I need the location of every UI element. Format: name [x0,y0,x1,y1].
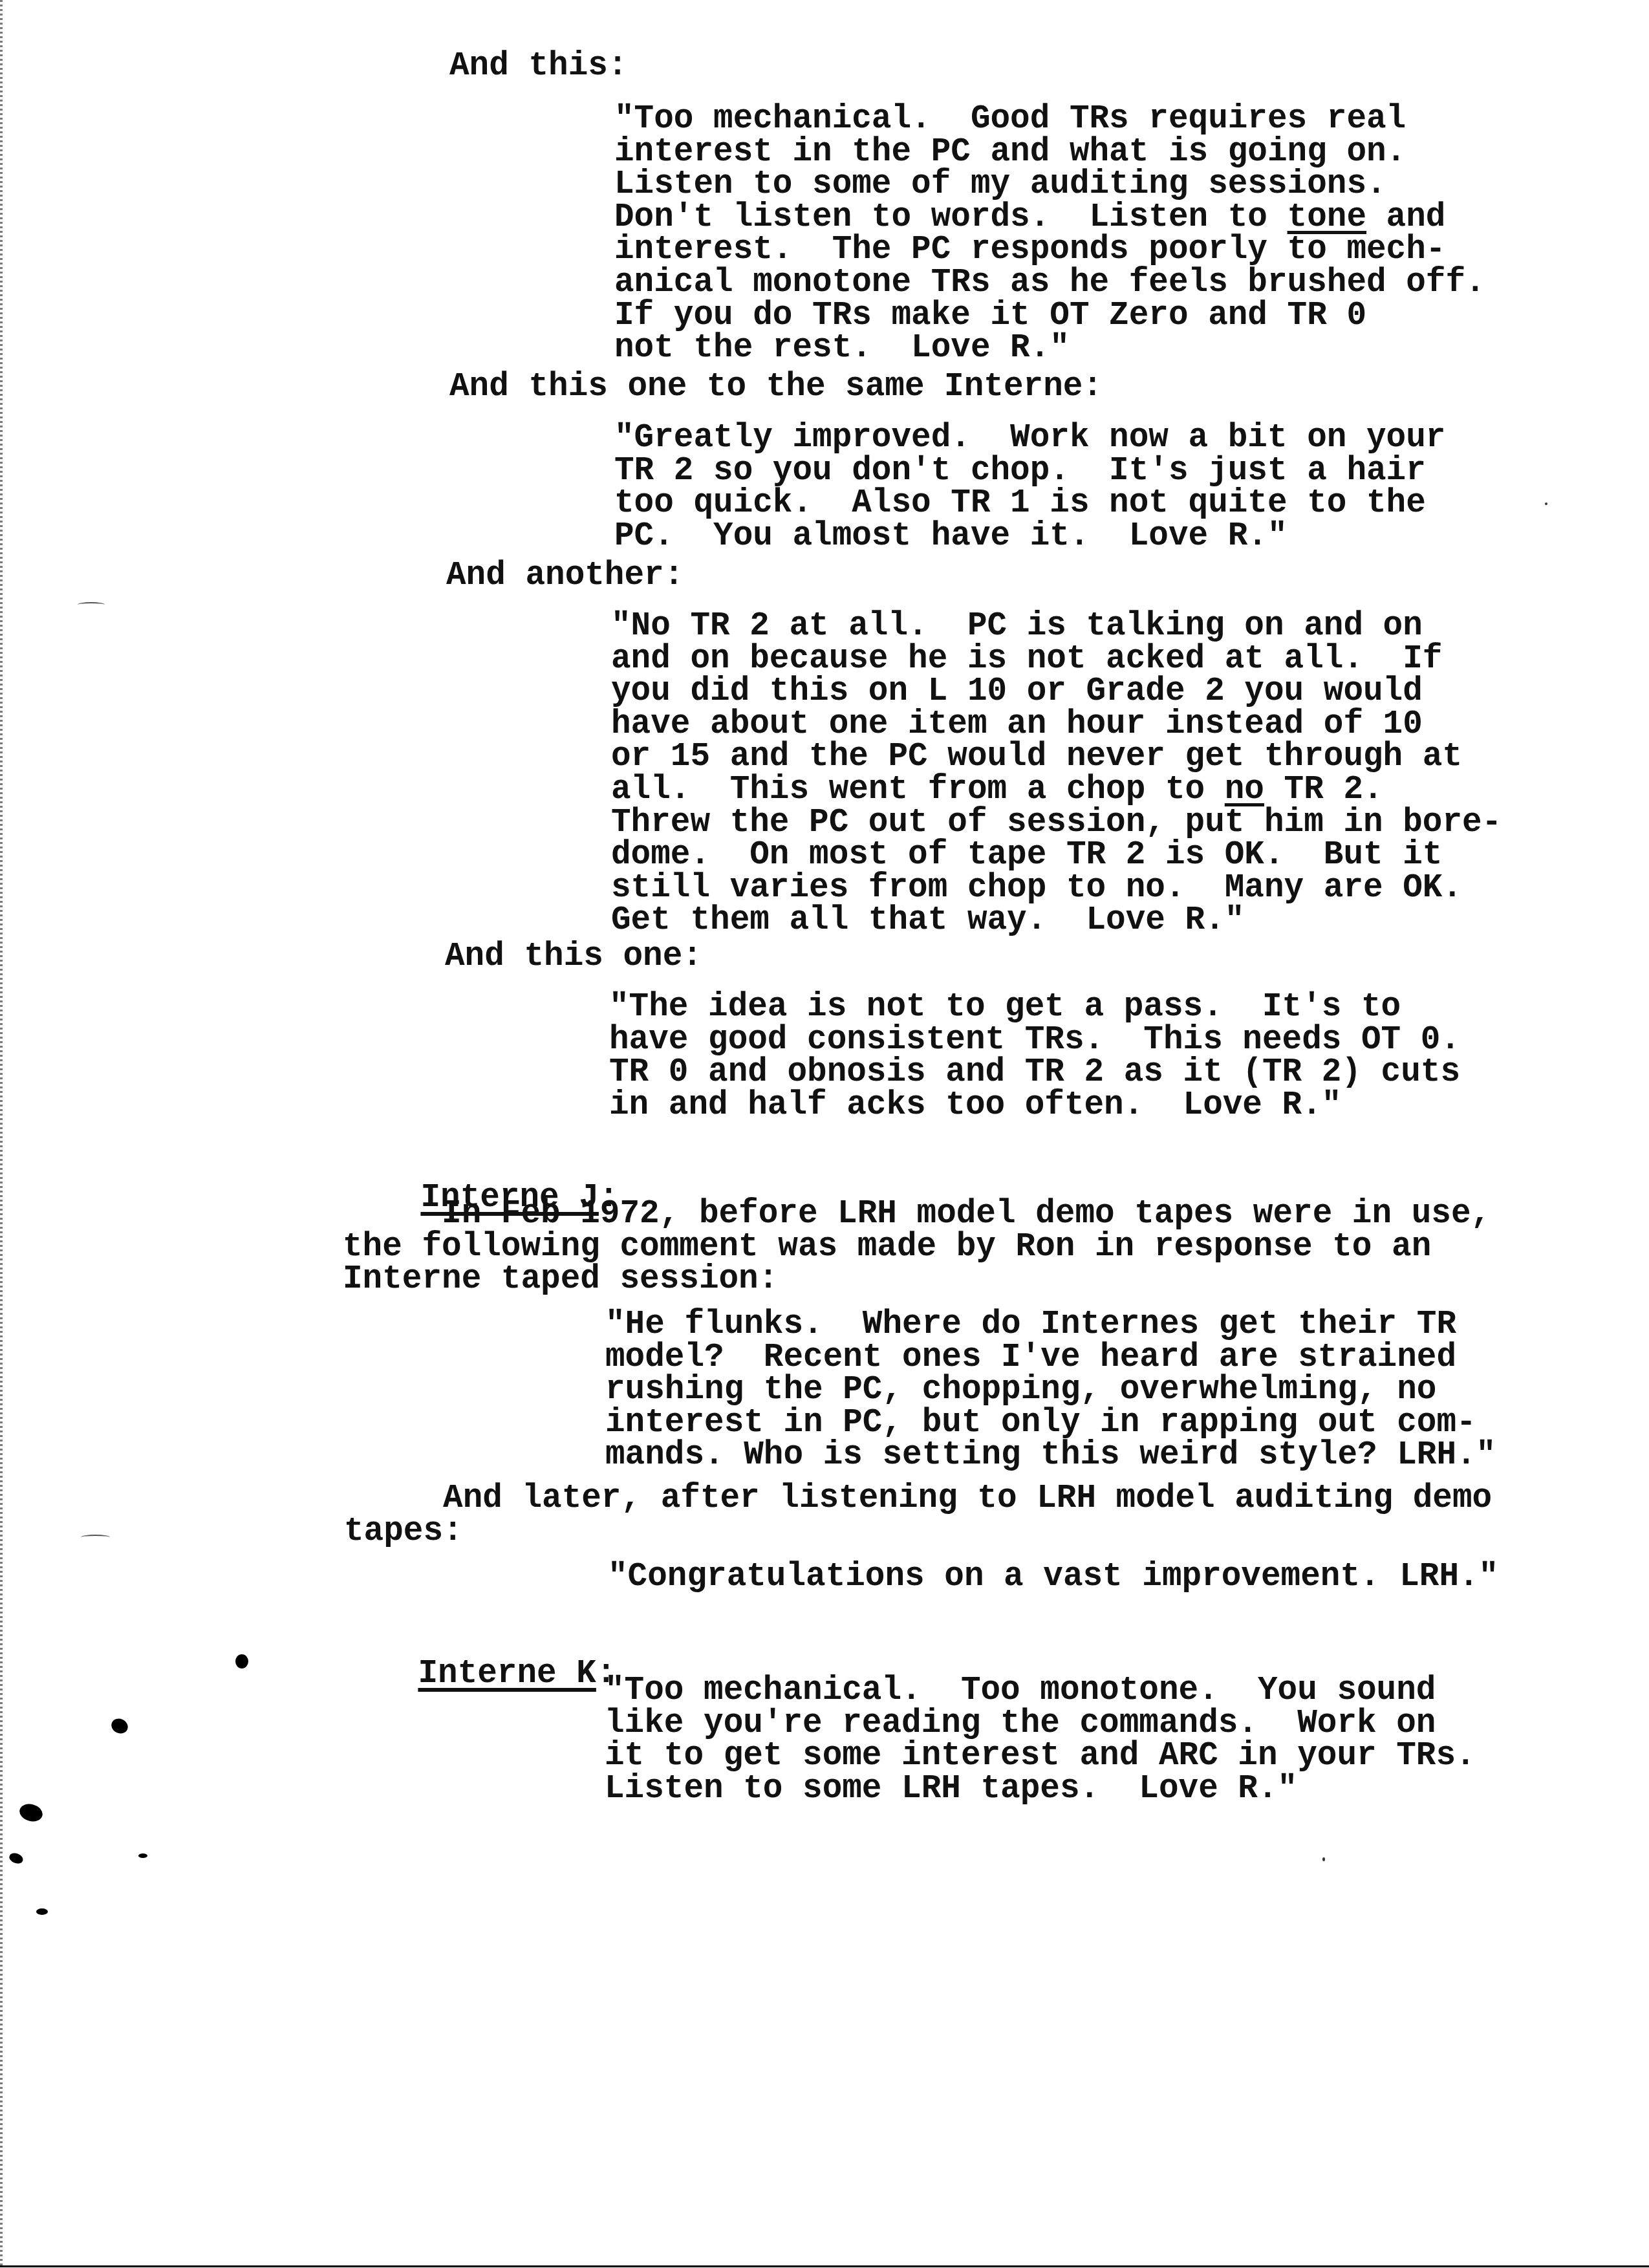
quote-line: "Greatly improved. Work now a bit on you… [614,422,1445,455]
quote-line: "Too mechanical. Good TRs requires real [614,103,1485,136]
paragraph-line: In Feb 1972, before LRH model demo tapes… [343,1198,1491,1231]
quote-line: not the rest. Love R." [614,332,1485,365]
quote-line: you did this on L 10 or Grade 2 you woul… [611,676,1502,709]
quote-line: too quick. Also TR 1 is not quite to the [614,488,1445,521]
quote-line: "The idea is not to get a pass. It's to [609,991,1460,1024]
speck [1545,502,1547,505]
quote-line: mands. Who is setting this weird style? … [605,1440,1496,1473]
underlined-emphasis: no [1225,772,1264,808]
quote-congratulations: "Congratulations on a vast improvement. … [608,1561,1498,1594]
heading-interne-k: Interne K: [339,1625,616,1658]
scan-mark [78,602,105,607]
intro-and-this-one: And this one: [445,941,702,974]
quote-line: all. This went from a chop to no TR 2. [611,774,1502,807]
quote-block-interne-k: "Too mechanical. Too monotone. You sound… [605,1675,1476,1806]
speck [1322,1857,1325,1861]
intro-same-interne: And this one to the same Interne: [449,371,1103,404]
quote-line: model? Recent ones I've heard are strain… [605,1342,1496,1375]
quote-line: TR 0 and obnosis and TR 2 as it (TR 2) c… [609,1057,1460,1090]
scan-mark [81,1535,110,1540]
quote-line: still varies from chop to no. Many are O… [611,872,1502,905]
ink-blot [138,1853,147,1858]
heading-interne-j: Interne J: [341,1149,618,1182]
ink-blot [109,1716,131,1736]
intro-and-another: And another: [446,560,684,593]
quote-line: "He flunks. Where do Internes get their … [605,1309,1496,1342]
ink-blot [235,1654,248,1669]
paragraph-line: tapes: [344,1516,1492,1549]
quote-line: interest in the PC and what is going on. [614,136,1485,169]
quote-line: "Too mechanical. Too monotone. You sound [605,1675,1476,1708]
quote-block-3: "No TR 2 at all. PC is talking on and on… [611,610,1502,938]
quote-line: Listen to some LRH tapes. Love R." [605,1773,1476,1806]
quote-line: PC. You almost have it. Love R." [614,521,1445,554]
quote-line: and on because he is not acked at all. I… [611,643,1502,676]
quote-block-interne-j: "He flunks. Where do Internes get their … [605,1309,1496,1473]
quote-line: like you're reading the commands. Work o… [605,1708,1476,1741]
quote-line: in and half acks too often. Love R." [609,1090,1460,1123]
quote-line: Listen to some of my auditing sessions. [614,169,1485,202]
underlined-emphasis: tone [1288,199,1366,236]
typewritten-page: And this: "Too mechanical. Good TRs requ… [0,0,1649,2268]
quote-line: interest in PC, but only in rapping out … [605,1407,1496,1440]
quote-line: Threw the PC out of session, put him in … [611,807,1502,840]
quote-line: "No TR 2 at all. PC is talking on and on [611,610,1502,643]
quote-line: Don't listen to words. Listen to tone an… [614,202,1485,235]
quote-block-1: "Too mechanical. Good TRs requires reali… [614,103,1485,365]
quote-line: rushing the PC, chopping, overwhelming, … [605,1374,1496,1407]
quote-line: dome. On most of tape TR 2 is OK. But it [611,839,1502,872]
paragraph-line: the following comment was made by Ron in… [343,1231,1491,1264]
ink-blot [17,1802,45,1824]
quote-line: TR 2 so you don't chop. It's just a hair [614,455,1445,488]
quote-block-2: "Greatly improved. Work now a bit on you… [614,422,1445,553]
scan-bottom-edge [0,2265,1649,2267]
paragraph-line: Interne taped session: [343,1264,1491,1297]
quote-line: have about one item an hour instead of 1… [611,709,1502,742]
interne-j-paragraph: In Feb 1972, before LRH model demo tapes… [343,1198,1491,1297]
quote-block-4: "The idea is not to get a pass. It's toh… [609,991,1460,1122]
heading-interne-k-label: Interne K [418,1656,596,1692]
quote-line: anical monotone TRs as he feels brushed … [614,267,1485,300]
interne-j-later-paragraph: And later, after listening to LRH model … [344,1483,1492,1548]
quote-line: interest. The PC responds poorly to mech… [614,234,1485,267]
paragraph-line: And later, after listening to LRH model … [344,1483,1492,1516]
quote-line: or 15 and the PC would never get through… [611,741,1502,774]
scanned-left-edge [0,0,3,2268]
quote-line: have good consistent TRs. This needs OT … [609,1024,1460,1057]
ink-blot [8,1852,25,1866]
quote-line: it to get some interest and ARC in your … [605,1740,1476,1773]
quote-line: If you do TRs make it OT Zero and TR 0 [614,300,1485,333]
intro-and-this: And this: [449,50,627,83]
ink-blot [36,1908,48,1915]
quote-line: Get them all that way. Love R." [611,905,1502,938]
